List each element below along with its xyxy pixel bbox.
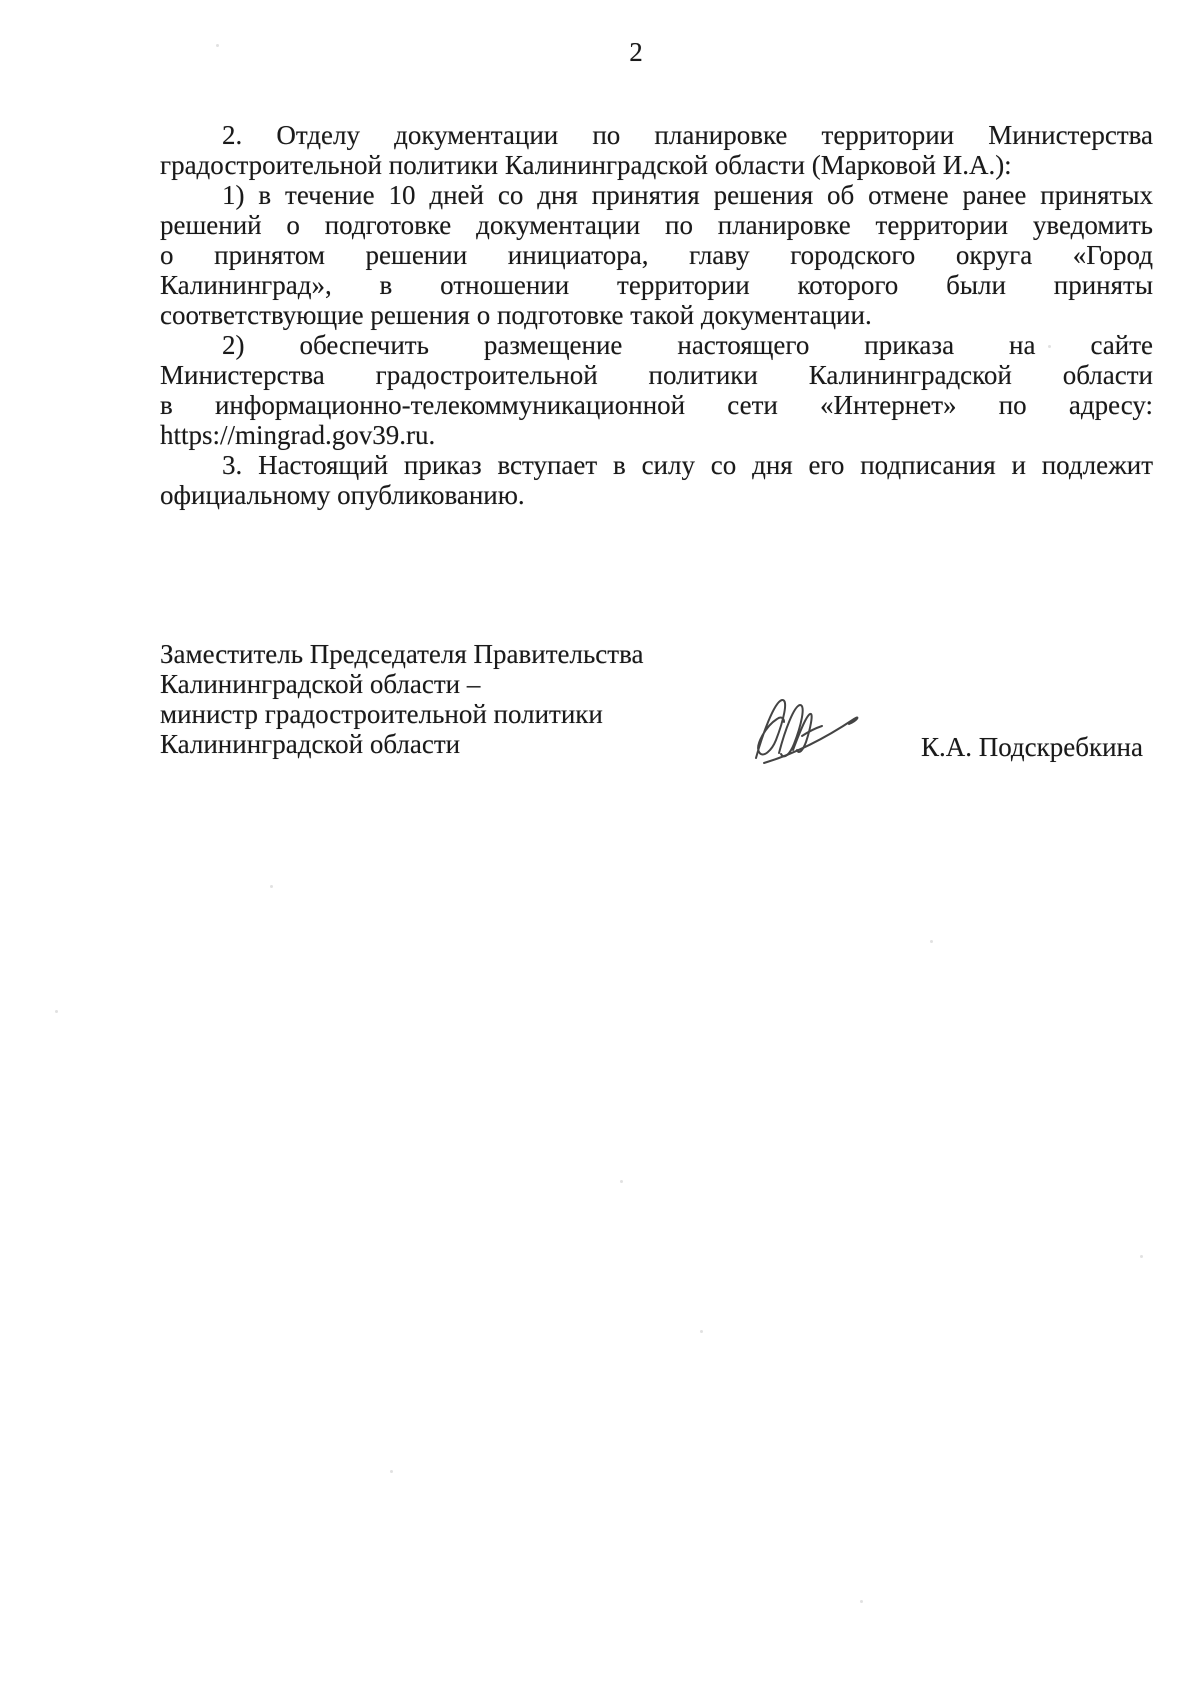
paragraph-line: Министерства градостроительной политики … (160, 360, 1153, 390)
order-body-text: 2. Отделу документации по планировке тер… (160, 120, 1153, 510)
paragraph-line: соответствующие решения о подготовке так… (160, 300, 1153, 330)
signer-position-line: Калининградской области – (160, 669, 780, 699)
signer-position-line: министр градостроительной политики (160, 699, 780, 729)
scan-speck (1048, 345, 1051, 348)
scan-speck (390, 1470, 393, 1473)
paragraph-line: о принятом решении инициатора, главу гор… (160, 240, 1153, 270)
paragraph-line: 2. Отделу документации по планировке тер… (160, 120, 1153, 150)
paragraph-line: https://mingrad.gov39.ru. (160, 420, 1153, 450)
signer-position-line: Калининградской области (160, 729, 780, 759)
paragraph-line: Калининград», в отношении территории кот… (160, 270, 1153, 300)
page-number: 2 (616, 37, 656, 67)
paragraph-line: градостроительной политики Калининградск… (160, 150, 1153, 180)
scan-speck (620, 1180, 623, 1183)
scan-speck (1140, 1255, 1143, 1258)
paragraph-line: официальному опубликованию. (160, 480, 1153, 510)
signer-position-block: Заместитель Председателя Правительства К… (160, 639, 780, 759)
scan-speck (860, 1600, 863, 1603)
scan-speck (700, 1330, 703, 1333)
handwritten-signature-icon (746, 692, 874, 768)
paragraph-line: 3. Настоящий приказ вступает в силу со д… (160, 450, 1153, 480)
scan-speck (216, 44, 219, 47)
signer-position-line: Заместитель Председателя Правительства (160, 639, 780, 669)
scanned-document-page: 2 2. Отделу документации по планировке т… (0, 0, 1200, 1697)
scan-speck (930, 940, 933, 943)
scan-speck (55, 1010, 58, 1013)
scan-speck (270, 885, 273, 888)
paragraph-line: 1) в течение 10 дней со дня принятия реш… (160, 180, 1153, 210)
paragraph-line: в информационно-телекоммуникационной сет… (160, 390, 1153, 420)
signer-name: К.А. Подскребкина (921, 732, 1143, 762)
paragraph-line: решений о подготовке документации по пла… (160, 210, 1153, 240)
paragraph-line: 2) обеспечить размещение настоящего прик… (160, 330, 1153, 360)
